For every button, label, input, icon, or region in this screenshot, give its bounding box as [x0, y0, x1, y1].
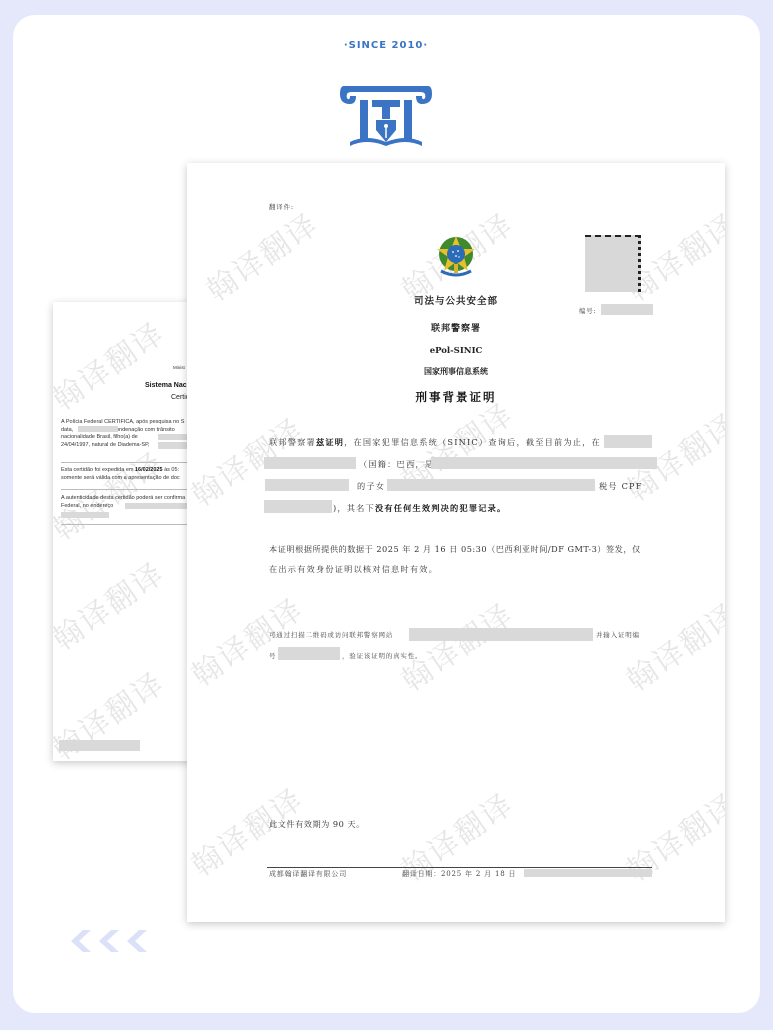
- watermark: 翰译翻译: [53, 439, 172, 548]
- redacted-parents: [265, 479, 349, 491]
- watermark: 翰译翻译: [616, 590, 725, 699]
- validity-note: 此文件有效期为 90 天。: [269, 819, 365, 830]
- redacted-website-url: [409, 628, 593, 641]
- paragraph-3-line-2-prefix: 号: [269, 651, 276, 660]
- paragraph-2-line-2: 在出示有效身份证明以核对信息时有效。: [269, 564, 438, 575]
- redacted-certificate-number: [278, 647, 340, 660]
- system-code: ePol-SINIC: [187, 346, 725, 356]
- paragraph-2-line-1: 本证明根据所提供的数据于 2025 年 2 月 16 日 05:30（巴西利亚时…: [269, 544, 641, 555]
- redacted-parents: [431, 457, 657, 469]
- redacted-field: [78, 426, 118, 432]
- paragraph-3-line-2-suffix: ，验证该证明的真实性。: [342, 651, 422, 660]
- translation-company: 成都翰译翻译有限公司: [269, 869, 347, 879]
- redacted-parents: [387, 479, 595, 491]
- brand-logo: ·SINCE 2010·: [336, 40, 436, 150]
- redacted-field: [61, 512, 109, 518]
- triple-chevron-left-icon: [67, 928, 149, 954]
- watermark: 翰译翻译: [187, 585, 311, 694]
- paragraph-3-line-1-suffix: 并输入证明编: [596, 630, 640, 639]
- watermark: 翰译翻译: [53, 309, 172, 418]
- verification-qr-code: [585, 235, 641, 292]
- watermark: 翰译翻译: [391, 590, 521, 699]
- redacted-name: [604, 435, 652, 448]
- original-title: Sistema Naci: [145, 382, 189, 389]
- watermark: 翰译翻译: [616, 400, 725, 509]
- translation-date: 翻译日期：2025 年 2 月 18 日: [402, 869, 516, 879]
- pillar-pen-logo-icon: [336, 50, 436, 150]
- redacted-cpf: [264, 500, 332, 513]
- redacted-name: [264, 457, 356, 469]
- paragraph-1-line-1: 联邦警察署兹证明，在国家犯罪信息系统（SINIC）查询后，截至目前为止，在: [269, 437, 601, 448]
- cpf-label: 税号 CPF: [599, 481, 643, 492]
- brazil-coat-of-arms-icon: [433, 233, 479, 279]
- document-title: 刑事背景证明: [187, 389, 725, 405]
- system-name: 国家刑事信息系统: [187, 366, 725, 377]
- paragraph-3-line-1-prefix: 可通过扫描二维码或访问联邦警察网站: [269, 630, 393, 639]
- translation-label: 翻译件:: [269, 202, 294, 211]
- ministry-name: 司法与公共安全部: [187, 293, 725, 307]
- paragraph-1-line-3: 的子女: [357, 481, 385, 492]
- paragraph-1-line-2: （国籍：巴西，是: [359, 459, 434, 470]
- police-name: 联邦警察署: [187, 321, 725, 334]
- redacted-translator-signature: [524, 869, 652, 877]
- translated-certificate-page: 翰译翻译 翰译翻译 翰译翻译 翰译翻译 翰译翻译 翰译翻译 翰译翻译 翰译翻译 …: [187, 163, 725, 922]
- footer-divider: [267, 867, 652, 868]
- ministry-header: Minist: [173, 364, 185, 372]
- serial-label: 编号:: [579, 306, 597, 315]
- redacted-field: [59, 740, 140, 751]
- watermark: 翰译翻译: [53, 549, 172, 658]
- paragraph-1-line-4: )，其名下没有任何生效判决的犯罪记录。: [333, 503, 506, 514]
